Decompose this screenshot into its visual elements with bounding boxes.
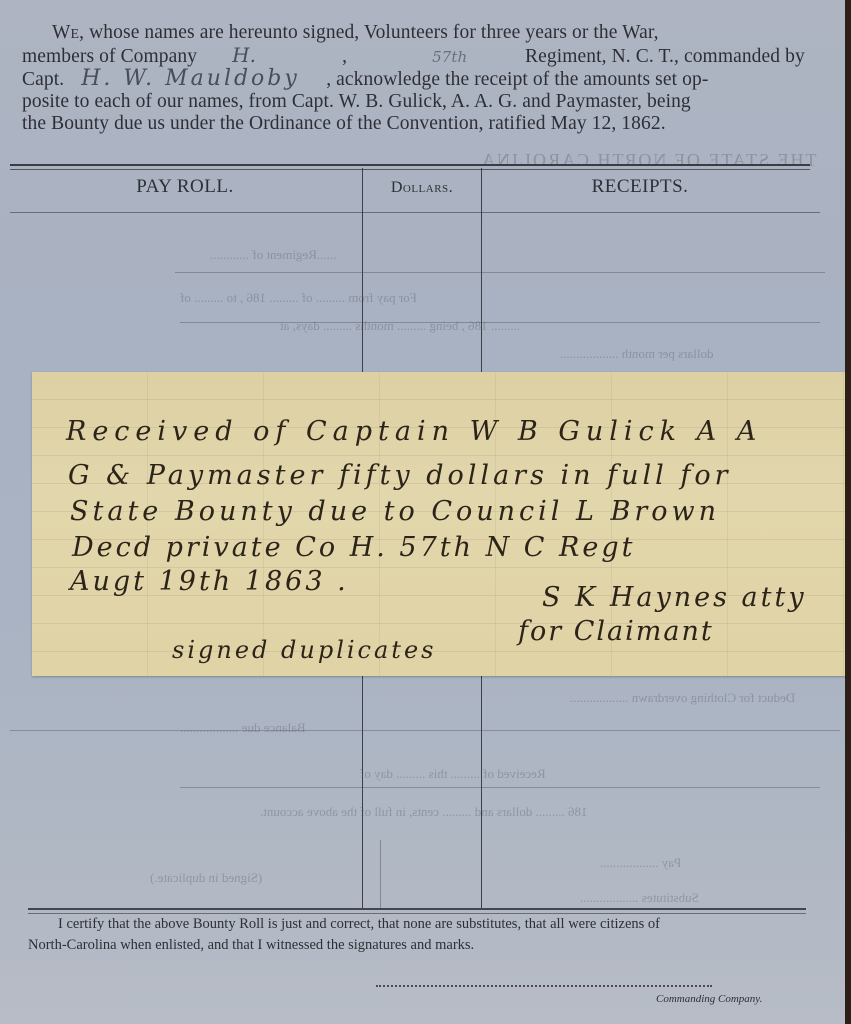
receipt-signed-duplicates: signed duplicates [172,636,436,664]
receipt-line-3: State Bounty due to Council L Brown [70,496,720,527]
col-heading-dollars: Dollars. [366,179,478,197]
header-rule [10,164,810,170]
bleed-through-line: 186 ......... dollars and ......... cent… [260,804,587,820]
bleed-through-line: Deduct for Clothing overdrawn ..........… [570,690,795,706]
receipt-for-claimant: for Claimant [518,616,714,647]
receipt-signature: S K Haynes atty [542,582,807,613]
faint-rule [175,272,825,273]
acknowledge-text: , acknowledge the receipt of the amounts… [326,69,708,90]
bleed-through-line: ......Regiment of ............ [210,247,336,263]
bleed-through-line: Received of ......... this ......... day… [360,766,546,782]
pasted-receipt-slip: Received of Captain W B Gulick A A G & P… [32,372,848,676]
certification-text: I certify that the above Bounty Roll is … [28,914,818,956]
header-line-3: Capt. H. W. Mauldoby, acknowledge the re… [22,68,812,91]
col-heading-pay-roll: PAY ROLL. [60,176,310,198]
commanding-company-caption: Commanding Company. [656,993,762,1005]
bleed-through-line: For pay from ......... of ......... 186 … [180,290,417,306]
bleed-through-line: dollars per month .................. [560,346,713,362]
signature-line [376,985,712,988]
header-paragraph: We, whose names are hereunto signed, Vol… [22,22,812,135]
company-label: members of Company [22,46,197,67]
bounty-roll-form: We, whose names are hereunto signed, Vol… [0,0,845,1024]
captain-label: Capt. [22,69,64,90]
regiment-label: Regiment, N. C. T., commanded by [525,46,805,67]
captain-handwritten: H. W. Mauldoby [69,68,326,90]
bleed-through-line: Pay .................. [600,855,681,871]
receipt-date: Augt 19th 1863 . [70,566,349,597]
bleed-through-line: (Signed in duplicate.) [150,870,262,886]
bleed-through-line: Substitutes .................. [580,890,699,906]
faint-rule [180,787,820,788]
col-heading-receipts: RECEIPTS. [500,176,780,198]
header-line-1: We, whose names are hereunto signed, Vol… [22,22,812,44]
table-rule [10,212,820,213]
bleed-through-line: ......... 186 , being ......... months .… [280,318,520,334]
company-handwritten: H. [202,44,342,66]
regiment-handwritten: 57th [352,46,520,68]
receipt-line-4: Decd private Co H. 57th N C Regt [72,532,635,563]
bleed-through-line: Balance due .................. [180,720,306,736]
header-we-smallcaps: We [52,22,79,43]
column-divider-faint [380,840,381,908]
header-line-2: members of Company H., 57th Regiment, N.… [22,44,812,68]
background-edge [845,0,851,1024]
header-line-4: posite to each of our names, from Capt. … [22,91,812,113]
header-line-1-text: , whose names are hereunto signed, Volun… [79,22,658,43]
receipt-line-1: Received of Captain W B Gulick A A [66,416,762,447]
certification-line-1: I certify that the above Bounty Roll is … [28,914,818,935]
faint-rule [10,730,840,731]
receipt-line-2: G & Paymaster fifty dollars in full for [68,460,732,491]
certification-line-2: North-Carolina when enlisted, and that I… [28,935,818,956]
company-sep: , [342,46,347,67]
header-line-5: the Bounty due us under the Ordinance of… [22,113,812,135]
